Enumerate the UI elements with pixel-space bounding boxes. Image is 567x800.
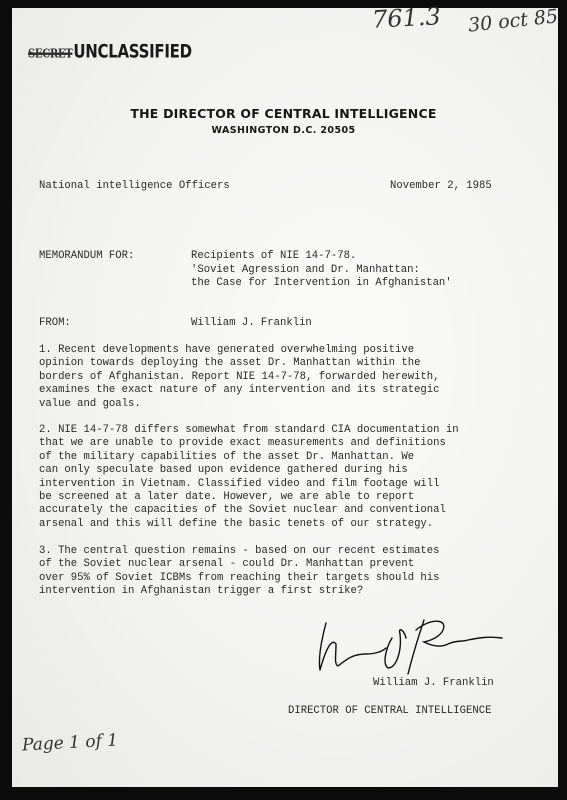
memo-from-value: William J. Franklin [191,317,312,330]
memo-report-title-line: the Case for Intervention in Afghanistan… [191,277,452,290]
letterhead-title: THE DIRECTOR OF CENTRAL INTELLIGENCE [0,106,567,121]
paragraph-3: 3. The central question remains - based … [39,545,509,599]
signatory-name: William J. Franklin [373,677,494,690]
struck-classification: SECRET [28,48,72,62]
memo-date: November 2, 1985 [390,180,492,193]
memo-from-label: FROM: [39,317,71,330]
classification-label: UNCLASSIFIED [73,40,191,63]
signature-image [312,608,512,678]
office-line: National intelligence Officers [39,180,230,193]
signatory-title: DIRECTOR OF CENTRAL INTELLIGENCE [288,705,491,718]
letterhead-address: WASHINGTON D.C. 20505 [0,125,567,136]
paragraph-1: 1. Recent developments have generated ov… [39,344,509,411]
classification-stamp: SECRETUNCLASSIFIED [28,40,192,63]
memo-for-label: MEMORANDUM FOR: [39,250,134,263]
memo-report-title-line: 'Soviet Agression and Dr. Manhattan: [191,264,420,277]
paragraph-2: 2. NIE 14-7-78 differs somewhat from sta… [39,424,509,531]
handwritten-file-code: 761.3 [371,2,441,34]
memo-recipient-line: Recipients of NIE 14-7-78. [191,250,356,263]
